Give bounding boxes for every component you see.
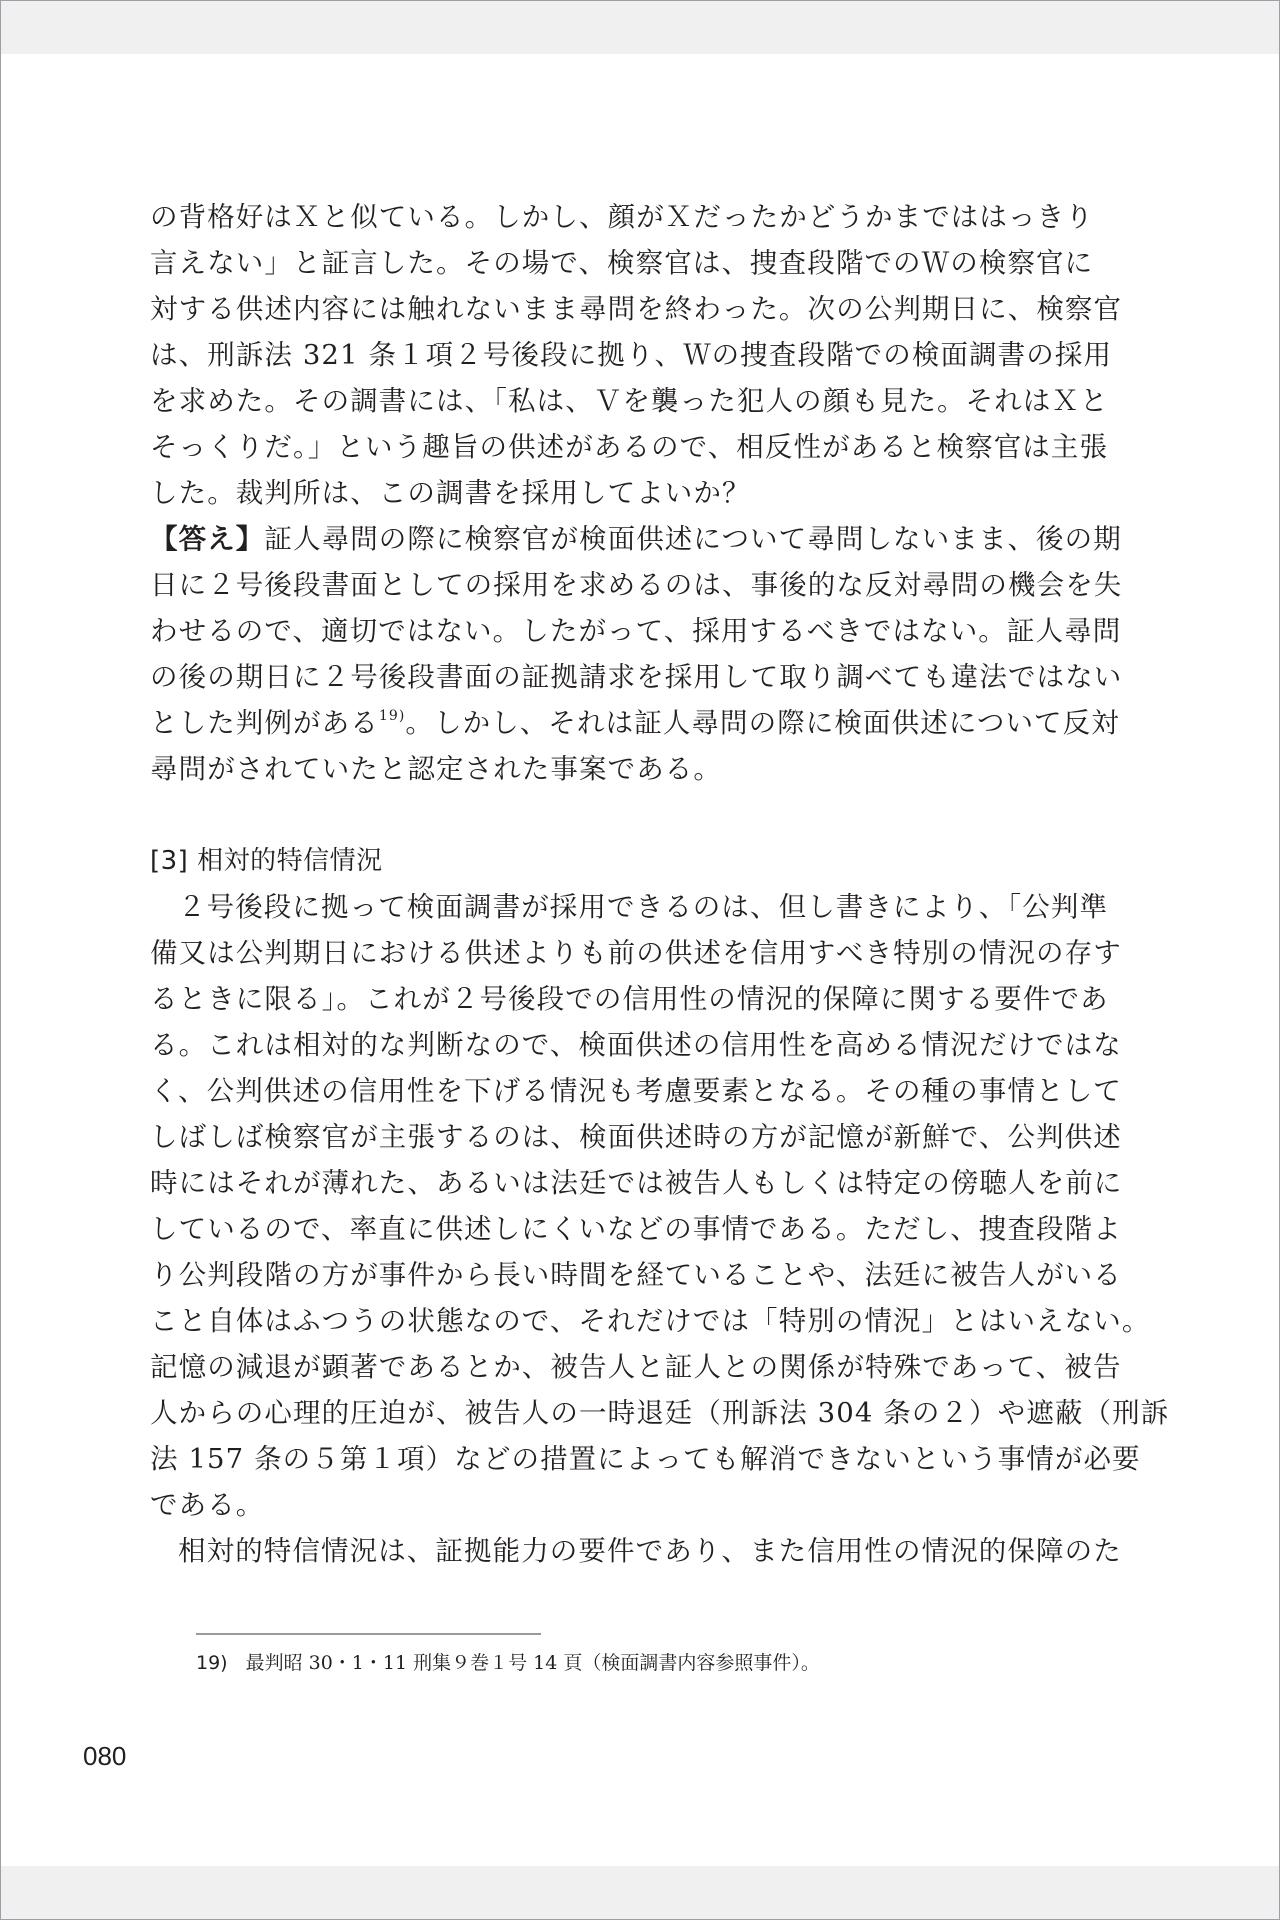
text-line: である。 (150, 1482, 1102, 1528)
document-viewer: の背格好はＸと似ている。しかし、顔がＸだったかどうかまでははっきり 言えない」と… (0, 0, 1280, 1920)
text-segment: とした判例がある (150, 707, 379, 739)
text-line: る。これは相対的な判断なので、検面供述の信用性を高める情況だけではな (150, 1022, 1102, 1068)
section-heading: [3] 相対的特信情況 (150, 838, 1102, 884)
text-line: 記憶の減退が顕著であるとか、被告人と証人との関係が特殊であって、被告 (150, 1344, 1102, 1390)
page-number: 080 (83, 1741, 126, 1772)
text-line: した。裁判所は、この調書を採用してよいか？ (150, 470, 1102, 516)
answer-label: 【答え】 (150, 523, 264, 555)
text-line: 【答え】証人尋問の際に検察官が検面供述について尋問しないまま、後の期 (150, 516, 1102, 562)
text-line: るときに限る」。これが２号後段での信用性の情況的保障に関する要件であ (150, 976, 1102, 1022)
text-line: しているので、率直に供述しにくいなどの事情である。ただし、捜査段階よ (150, 1206, 1102, 1252)
answer-first-line: 証人尋問の際に検察官が検面供述について尋問しないまま、後の期 (264, 523, 1121, 555)
text-line: 尋問がされていたと認定された事案である。 (150, 746, 1102, 792)
footnote-reference[interactable]: 19) (379, 708, 406, 724)
page-body: の背格好はＸと似ている。しかし、顔がＸだったかどうかまでははっきり 言えない」と… (150, 194, 1102, 1574)
text-line: 時にはそれが薄れた、あるいは法廷では被告人もしくは特定の傍聴人を前に (150, 1160, 1102, 1206)
text-line: 備又は公判期日における供述よりも前の供述を信用すべき特別の情況の存す (150, 930, 1102, 976)
viewer-top-band (1, 1, 1279, 54)
text-segment: 。しかし、それは証人尋問の際に検面供述について反対 (405, 707, 1119, 739)
text-line: く、公判供述の信用性を下げる情況も考慮要素となる。その種の事情として (150, 1068, 1102, 1114)
section-3: [3] 相対的特信情況 ２号後段に拠って検面調書が採用できるのは、但し書きにより… (150, 838, 1102, 1574)
text-line: り公判段階の方が事件から長い時間を経ていることや、法廷に被告人がいる (150, 1252, 1102, 1298)
text-line: わせるので、適切ではない。したがって、採用するべきではない。証人尋問 (150, 608, 1102, 654)
text-line: 相対的特信情況は、証拠能力の要件であり、また信用性の情況的保障のた (150, 1528, 1102, 1574)
question-continuation: の背格好はＸと似ている。しかし、顔がＸだったかどうかまでははっきり 言えない」と… (150, 194, 1102, 516)
footnote-text: 最判昭 30・1・11 刑集９巻１号 14 頁（検面調書内容参照事件）。 (246, 1652, 820, 1674)
text-line: の背格好はＸと似ている。しかし、顔がＸだったかどうかまでははっきり (150, 194, 1102, 240)
text-line: を求めた。その調書には、「私は、Ｖを襲った犯人の顔も見た。それはＸと (150, 378, 1102, 424)
answer-block: 【答え】証人尋問の際に検察官が検面供述について尋問しないまま、後の期 日に２号後… (150, 516, 1102, 792)
text-line: の後の期日に２号後段書面の証拠請求を採用して取り調べても違法ではない (150, 654, 1102, 700)
text-line: 言えない」と証言した。その場で、検察官は、捜査段階でのＷの検察官に (150, 240, 1102, 286)
text-line: とした判例がある19)。しかし、それは証人尋問の際に検面供述について反対 (150, 700, 1102, 746)
text-line: 対する供述内容には触れないまま尋問を終わった。次の公判期日に、検察官 (150, 286, 1102, 332)
text-line: は、刑訴法 321 条１項２号後段に拠り、Ｗの捜査段階での検面調書の採用 (150, 332, 1102, 378)
section-spacer (150, 792, 1102, 838)
viewer-bottom-band (1, 1866, 1279, 1919)
footnote-number: 19) (196, 1652, 228, 1674)
text-line: 人からの心理的圧迫が、被告人の一時退廷（刑訴法 304 条の２）や遮蔽（刑訴 (150, 1390, 1102, 1436)
footnote-divider (196, 1633, 541, 1635)
text-line: 法 157 条の５第１項）などの措置によっても解消できないという事情が必要 (150, 1436, 1102, 1482)
text-line: 日に２号後段書面としての採用を求めるのは、事後的な反対尋問の機会を失 (150, 562, 1102, 608)
text-line: そっくりだ。」という趣旨の供述があるので、相反性があると検察官は主張 (150, 424, 1102, 470)
text-line: ２号後段に拠って検面調書が採用できるのは、但し書きにより、「公判準 (150, 884, 1102, 930)
text-line: こと自体はふつうの状態なので、それだけでは「特別の情況」とはいえない。 (150, 1298, 1102, 1344)
text-line: しばしば検察官が主張するのは、検面供述時の方が記憶が新鮮で、公判供述 (150, 1114, 1102, 1160)
footnote-19: 19)最判昭 30・1・11 刑集９巻１号 14 頁（検面調書内容参照事件）。 (196, 1648, 820, 1678)
